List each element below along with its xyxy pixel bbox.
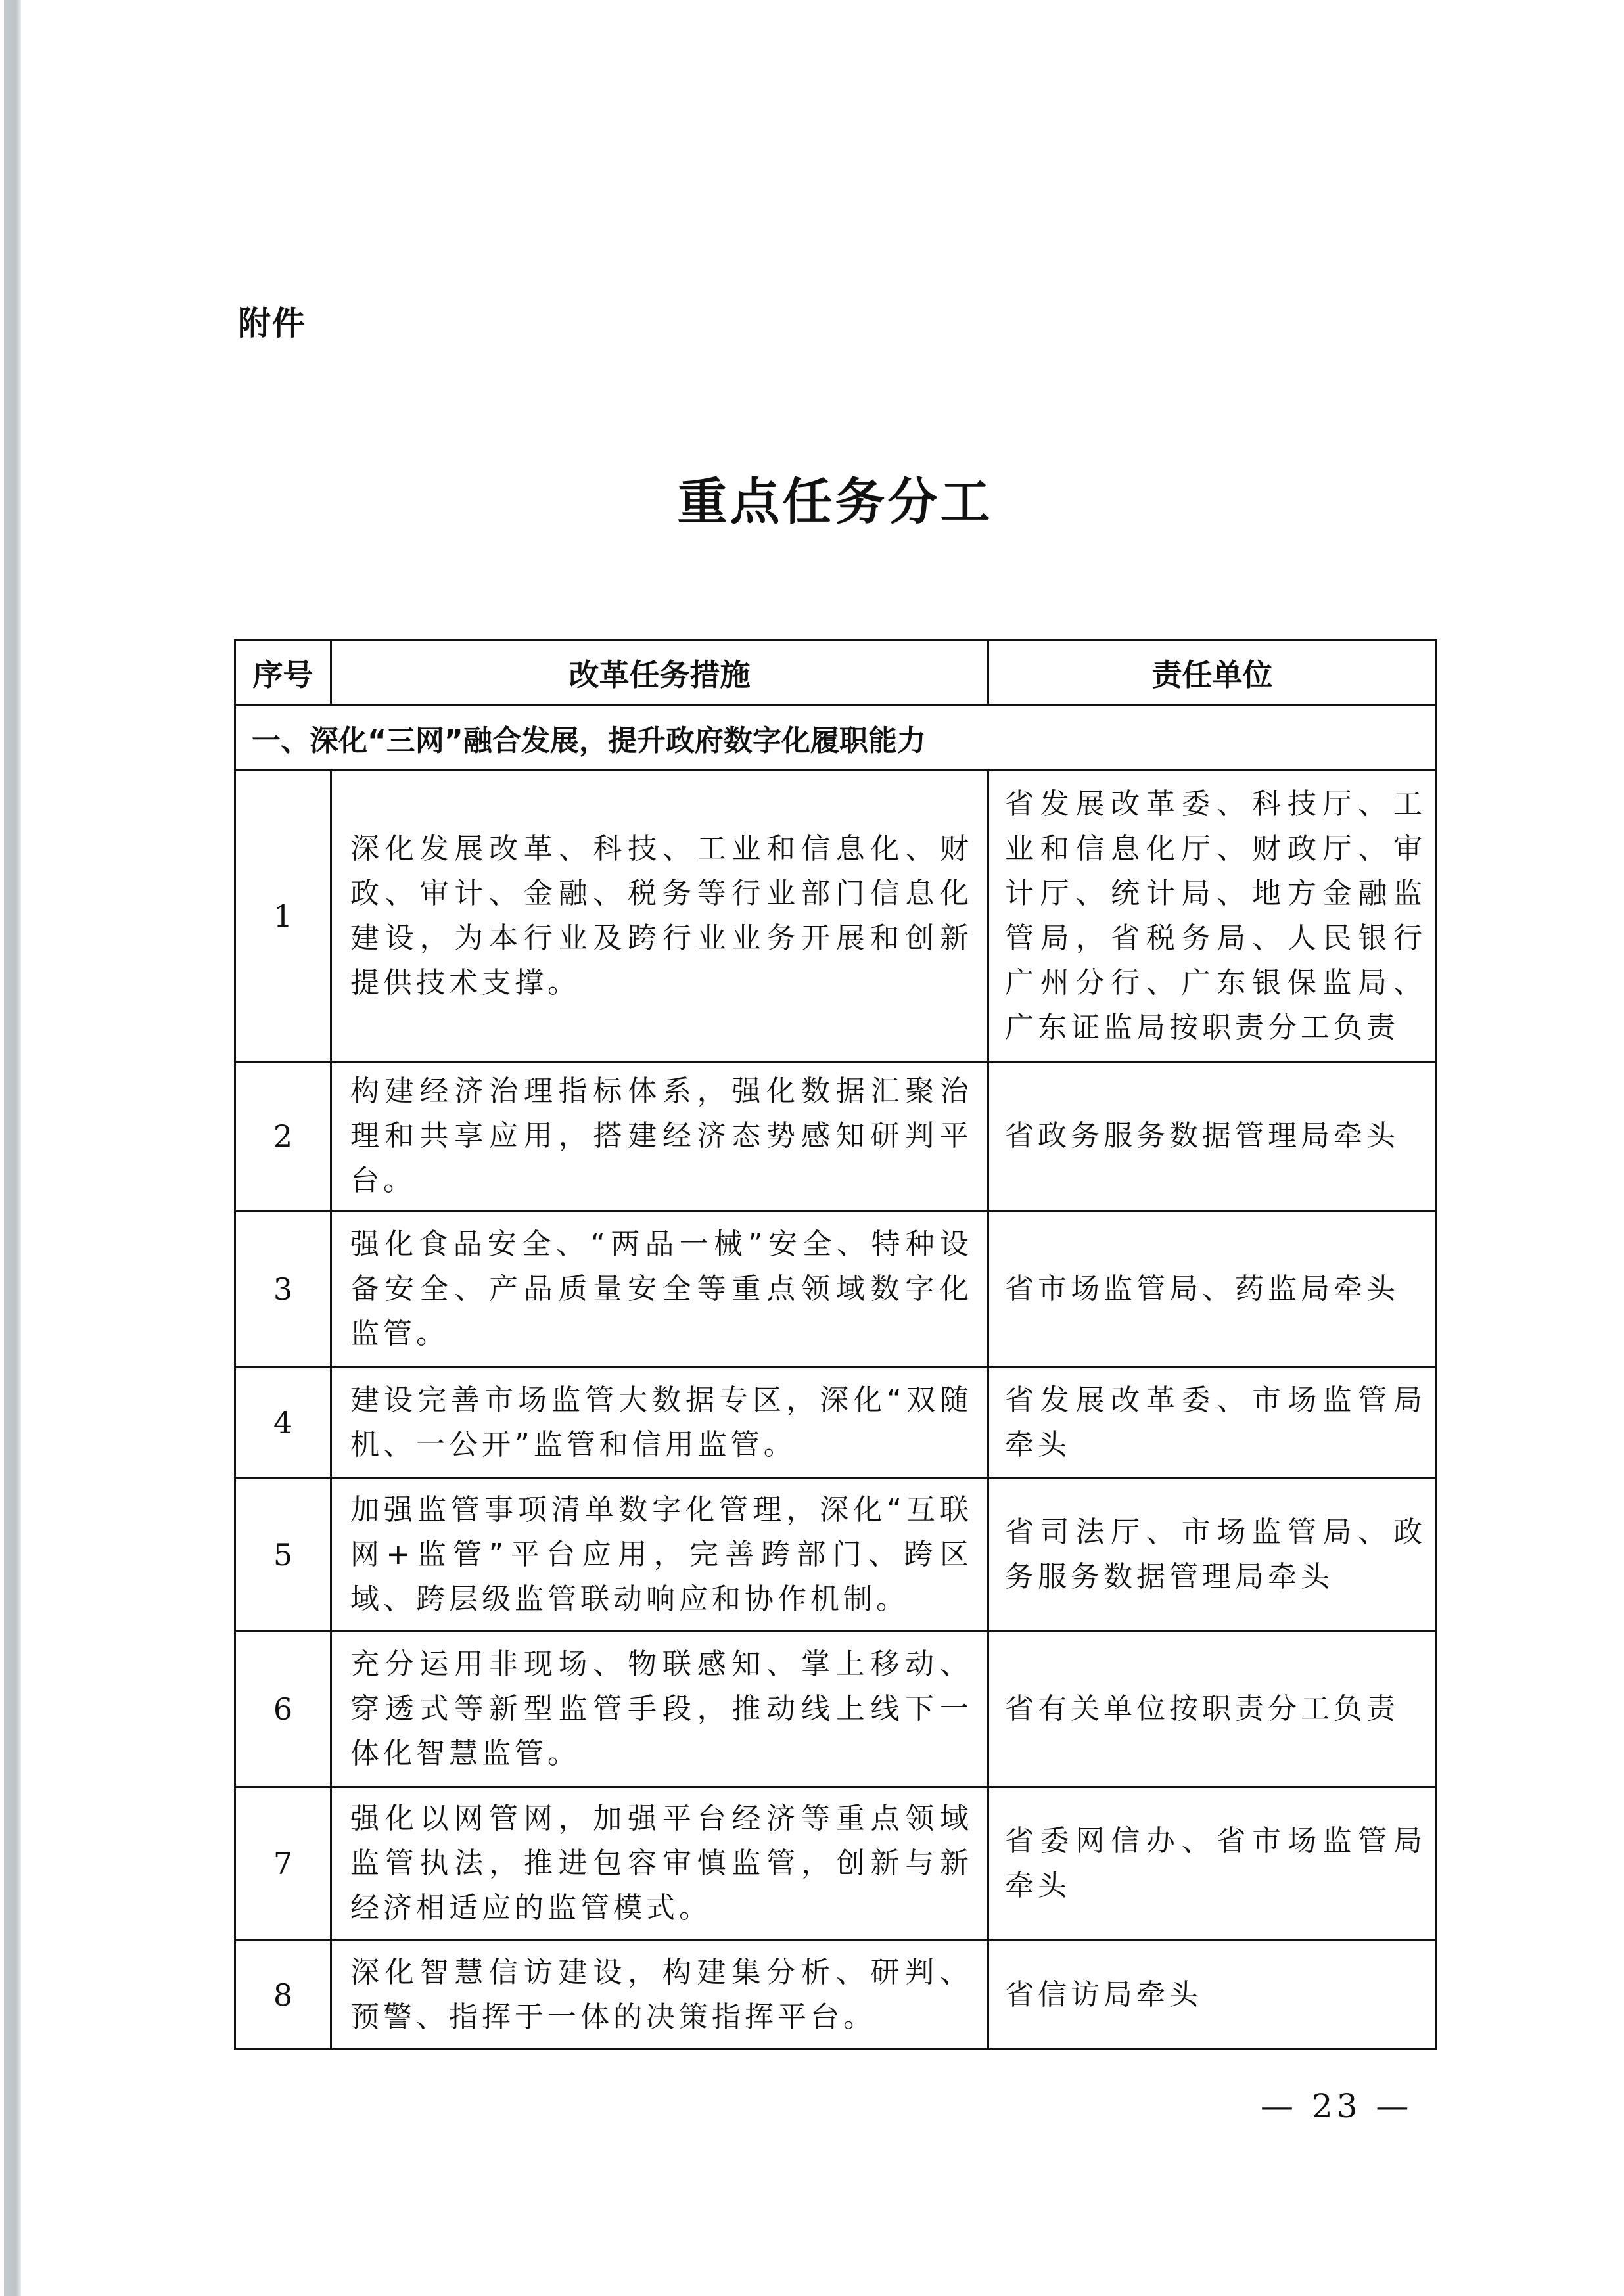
page-number: — 23 — [1261, 2087, 1412, 2125]
row-number: 6 [235, 1632, 331, 1787]
header-no: 序号 [235, 641, 331, 705]
reform-measure: 强化以网管网，加强平台经济等重点领域监管执法，推进包容审慎监管，创新与新经济相适… [331, 1787, 988, 1940]
responsible-unit: 省发展改革委、科技厅、工业和信息化厅、财政厅、审计厅、统计局、地方金融监管局，省… [988, 771, 1437, 1062]
row-number: 7 [235, 1787, 331, 1940]
reform-measure: 深化发展改革、科技、工业和信息化、财政、审计、金融、税务等行业部门信息化建设，为… [331, 771, 988, 1062]
table-row: 4 建设完善市场监管大数据专区，深化“双随机、一公开”监管和信用监管。 省发展改… [235, 1367, 1437, 1478]
table-row: 2 构建经济治理指标体系，强化数据汇聚治理和共享应用，搭建经济态势感知研判平台。… [235, 1062, 1437, 1211]
table-row: 8 深化智慧信访建设，构建集分析、研判、预警、指挥于一体的决策指挥平台。 省信访… [235, 1940, 1437, 2050]
responsible-unit: 省政务服务数据管理局牵头 [988, 1062, 1437, 1211]
table-header-row: 序号 改革任务措施 责任单位 [235, 641, 1437, 705]
table-row: 6 充分运用非现场、物联感知、掌上移动、穿透式等新型监管手段，推动线上线下一体化… [235, 1632, 1437, 1787]
document-title: 重点任务分工 [0, 462, 1624, 534]
table-row: 7 强化以网管网，加强平台经济等重点领域监管执法，推进包容审慎监管，创新与新经济… [235, 1787, 1437, 1940]
table-row: 5 加强监管事项清单数字化管理，深化“互联网+监管”平台应用，完善跨部门、跨区域… [235, 1478, 1437, 1632]
reform-measure: 加强监管事项清单数字化管理，深化“互联网+监管”平台应用，完善跨部门、跨区域、跨… [331, 1478, 988, 1632]
responsible-unit: 省委网信办、省市场监管局牵头 [988, 1787, 1437, 1940]
reform-measure: 深化智慧信访建设，构建集分析、研判、预警、指挥于一体的决策指挥平台。 [331, 1940, 988, 2050]
reform-measure: 强化食品安全、“两品一械”安全、特种设备安全、产品质量安全等重点领域数字化监管。 [331, 1211, 988, 1367]
table-row: 3 强化食品安全、“两品一械”安全、特种设备安全、产品质量安全等重点领域数字化监… [235, 1211, 1437, 1367]
row-number: 3 [235, 1211, 331, 1367]
responsible-unit: 省司法厅、市场监管局、政务服务数据管理局牵头 [988, 1478, 1437, 1632]
table-row: 1 深化发展改革、科技、工业和信息化、财政、审计、金融、税务等行业部门信息化建设… [235, 771, 1437, 1062]
responsible-unit: 省市场监管局、药监局牵头 [988, 1211, 1437, 1367]
reform-measure: 充分运用非现场、物联感知、掌上移动、穿透式等新型监管手段，推动线上线下一体化智慧… [331, 1632, 988, 1787]
row-number: 2 [235, 1062, 331, 1211]
header-measure: 改革任务措施 [331, 641, 988, 705]
row-number: 8 [235, 1940, 331, 2050]
attachment-label: 附件 [238, 297, 306, 344]
reform-measure: 建设完善市场监管大数据专区，深化“双随机、一公开”监管和信用监管。 [331, 1367, 988, 1478]
section-row: 一、深化“三网”融合发展，提升政府数字化履职能力 [235, 705, 1437, 771]
reform-measure: 构建经济治理指标体系，强化数据汇聚治理和共享应用，搭建经济态势感知研判平台。 [331, 1062, 988, 1211]
header-unit: 责任单位 [988, 641, 1437, 705]
responsible-unit: 省有关单位按职责分工负责 [988, 1632, 1437, 1787]
section-heading: 一、深化“三网”融合发展，提升政府数字化履职能力 [235, 705, 1437, 771]
task-table: 序号 改革任务措施 责任单位 一、深化“三网”融合发展，提升政府数字化履职能力 … [234, 639, 1437, 2050]
row-number: 1 [235, 771, 331, 1062]
row-number: 5 [235, 1478, 331, 1632]
row-number: 4 [235, 1367, 331, 1478]
responsible-unit: 省信访局牵头 [988, 1940, 1437, 2050]
scan-edge-shadow [4, 0, 21, 2296]
responsible-unit: 省发展改革委、市场监管局牵头 [988, 1367, 1437, 1478]
